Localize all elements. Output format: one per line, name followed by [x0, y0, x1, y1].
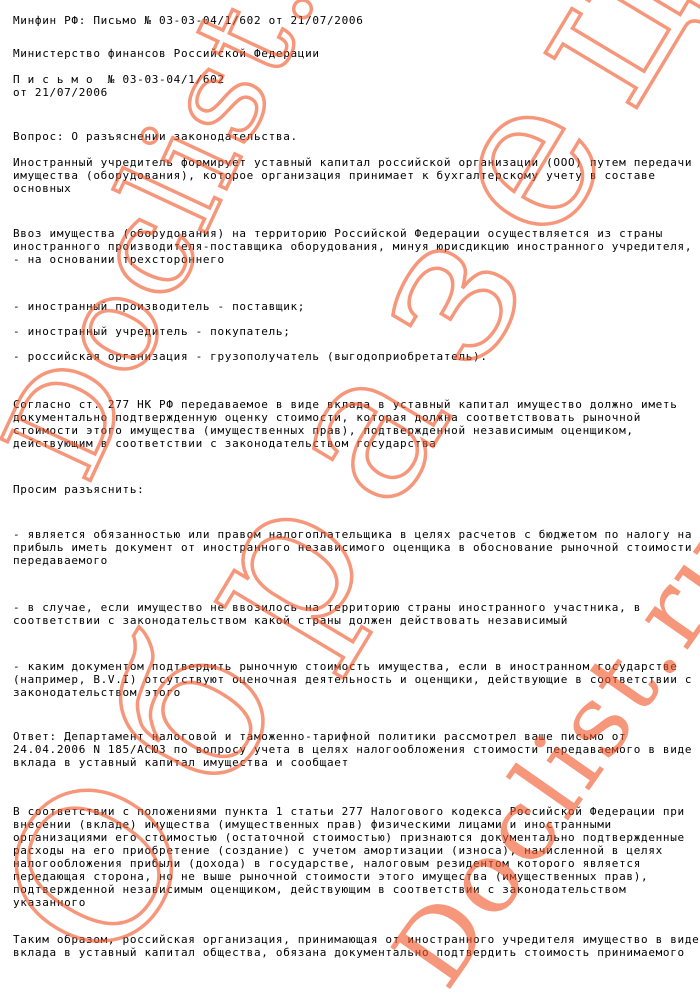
text-line: расходы на его приобретение (создание) с… — [13, 844, 685, 857]
text-line: П и с ь м о № 03-03-04/1/602 — [13, 73, 225, 86]
paragraph: - каким документом подтвердить рыночную … — [13, 660, 692, 699]
paragraph: П и с ь м о № 03-03-04/1/602от 21/07/200… — [13, 73, 225, 99]
text-line: передающая сторона, но не выше рыночной … — [13, 870, 685, 883]
text-line: вклада в уставный капитал имущества и со… — [13, 756, 692, 769]
text-line: подтвержденной независимым оценщиком, де… — [13, 883, 685, 896]
text-line: имущества (оборудования), которое органи… — [13, 169, 692, 182]
paragraph: Согласно ст. 277 НК РФ передаваемое в ви… — [13, 398, 678, 450]
paragraph: - иностранный учредитель - покупатель; — [13, 325, 291, 338]
paragraph: Минфин РФ: Письмо № 03-03-04/1/602 от 21… — [13, 14, 364, 27]
document-page: Минфин РФ: Письмо № 03-03-04/1/602 от 21… — [0, 0, 700, 1000]
text-line: Вопрос: О разъяснении законодательства. — [13, 130, 298, 143]
text-line: - является обязанностью или правом налог… — [13, 528, 692, 541]
paragraph: В соответствии с положениями пункта 1 ст… — [13, 805, 685, 909]
text-line: - на основании трехстороннего — [13, 253, 692, 266]
paragraph: - российская организация - грузополучате… — [13, 350, 488, 363]
text-line: - каким документом подтвердить рыночную … — [13, 660, 692, 673]
text-line: Просим разъяснить: — [13, 483, 144, 496]
text-line: основных — [13, 182, 692, 195]
paragraph: - является обязанностью или правом налог… — [13, 528, 692, 567]
text-line: 24.04.2006 N 185/АСЮ3 по вопросу учета в… — [13, 743, 692, 756]
text-line: прибыль иметь документ от иностранного н… — [13, 541, 692, 554]
text-line: Ввоз имущества (оборудования) на террито… — [13, 227, 692, 240]
text-line: - российская организация - грузополучате… — [13, 350, 488, 363]
paragraph: - в случае, если имущество не ввозилось … — [13, 601, 641, 627]
text-line: стоимости этого имущества (имущественных… — [13, 424, 678, 437]
paragraph: Просим разъяснить: — [13, 483, 144, 496]
text-line: соответствии с законодательством какой с… — [13, 614, 641, 627]
text-line: иностранного производителя-поставщика об… — [13, 240, 692, 253]
text-line: вклада в уставный капитал общества, обяз… — [13, 946, 699, 959]
text-line: от 21/07/2006 — [13, 86, 225, 99]
text-line: Таким образом, российская организация, п… — [13, 933, 699, 946]
paragraph: Министерство финансов Российской Федерац… — [13, 47, 320, 60]
text-line: документально подтвержденную оценку стои… — [13, 411, 678, 424]
text-line: Ответ: Департамент налоговой и таможенно… — [13, 730, 692, 743]
text-line: Минфин РФ: Письмо № 03-03-04/1/602 от 21… — [13, 14, 364, 27]
text-line: организациями его стоимостью (остаточной… — [13, 831, 685, 844]
text-line: передаваемого — [13, 554, 692, 567]
paragraph: Ответ: Департамент налоговой и таможенно… — [13, 730, 692, 769]
text-line: - иностранный производитель - поставщик; — [13, 300, 305, 313]
text-line: Министерство финансов Российской Федерац… — [13, 47, 320, 60]
text-line: Согласно ст. 277 НК РФ передаваемое в ви… — [13, 398, 678, 411]
paragraph: Таким образом, российская организация, п… — [13, 933, 699, 959]
text-line: внесении (вкладе) имущества (имущественн… — [13, 818, 685, 831]
text-line: действующим в соответствии с законодател… — [13, 437, 678, 450]
text-line: В соответствии с положениями пункта 1 ст… — [13, 805, 685, 818]
text-line: Иностранный учредитель формирует уставны… — [13, 156, 692, 169]
text-line: законодательством этого — [13, 686, 692, 699]
paragraph: Иностранный учредитель формирует уставны… — [13, 156, 692, 195]
text-line: - в случае, если имущество не ввозилось … — [13, 601, 641, 614]
text-line: налогообложения прибыли (дохода) в госуд… — [13, 857, 685, 870]
paragraph: Ввоз имущества (оборудования) на террито… — [13, 227, 692, 266]
document-body: Минфин РФ: Письмо № 03-03-04/1/602 от 21… — [0, 0, 700, 1000]
text-line: (например, B.V.I) отсутствуют оценочная … — [13, 673, 692, 686]
paragraph: - иностранный производитель - поставщик; — [13, 300, 305, 313]
paragraph: Вопрос: О разъяснении законодательства. — [13, 130, 298, 143]
text-line: указанного — [13, 896, 685, 909]
text-line: - иностранный учредитель - покупатель; — [13, 325, 291, 338]
